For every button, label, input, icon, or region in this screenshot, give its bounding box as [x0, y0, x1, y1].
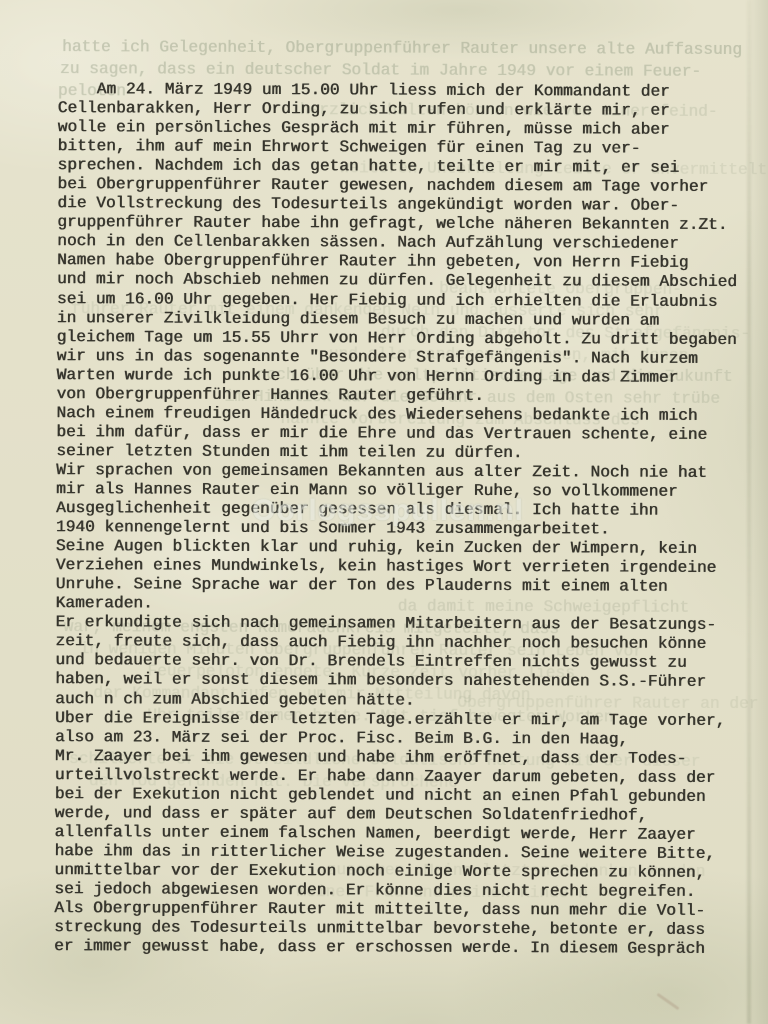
watermark-text: Oorlogsspullen.nl	[252, 494, 524, 528]
bleedthrough-line: hatte ich Gelegenheit, Obergruppenführer…	[62, 38, 742, 60]
paper-edge-shadow	[748, 0, 768, 1024]
document-line: Unruhe. Seine Sprache war der Ton des Pl…	[56, 575, 756, 597]
document-line: Uber die Ereignisse der letzten Tage.erz…	[55, 709, 755, 731]
document-line: in unserer Zivilkleidung diesem Besuch z…	[57, 309, 757, 331]
document-page: hatte ich Gelegenheit, Obergruppenführer…	[0, 0, 768, 1024]
document-line: sei um 16.00 Uhr gegeben. Her Fiebig und…	[57, 290, 757, 312]
bleedthrough-line: zu sagen, dass ein deutscher Soldat im J…	[60, 60, 701, 82]
document-line: haben, weil er sonst diesem ihm besonder…	[55, 671, 755, 693]
document-line: gleichem Tage um 15.55 Uhrr von Herr Ord…	[57, 328, 757, 350]
document-line: wir uns in das sogenannte "Besondere Str…	[57, 347, 757, 369]
document-line: Mr. Zaayer bei ihm gewesen und habe ihm …	[55, 747, 755, 769]
document-line: also am 23. März sei der Proc. Fisc. Bei…	[55, 728, 755, 750]
document-line: auch n ch zum Abschied gebeten hätte.	[55, 690, 755, 712]
document-line: er immer gewusst habe, dass er erschosse…	[54, 937, 754, 959]
document-line: und mir noch Abschieb nehmen zu dürfen. …	[57, 271, 757, 293]
